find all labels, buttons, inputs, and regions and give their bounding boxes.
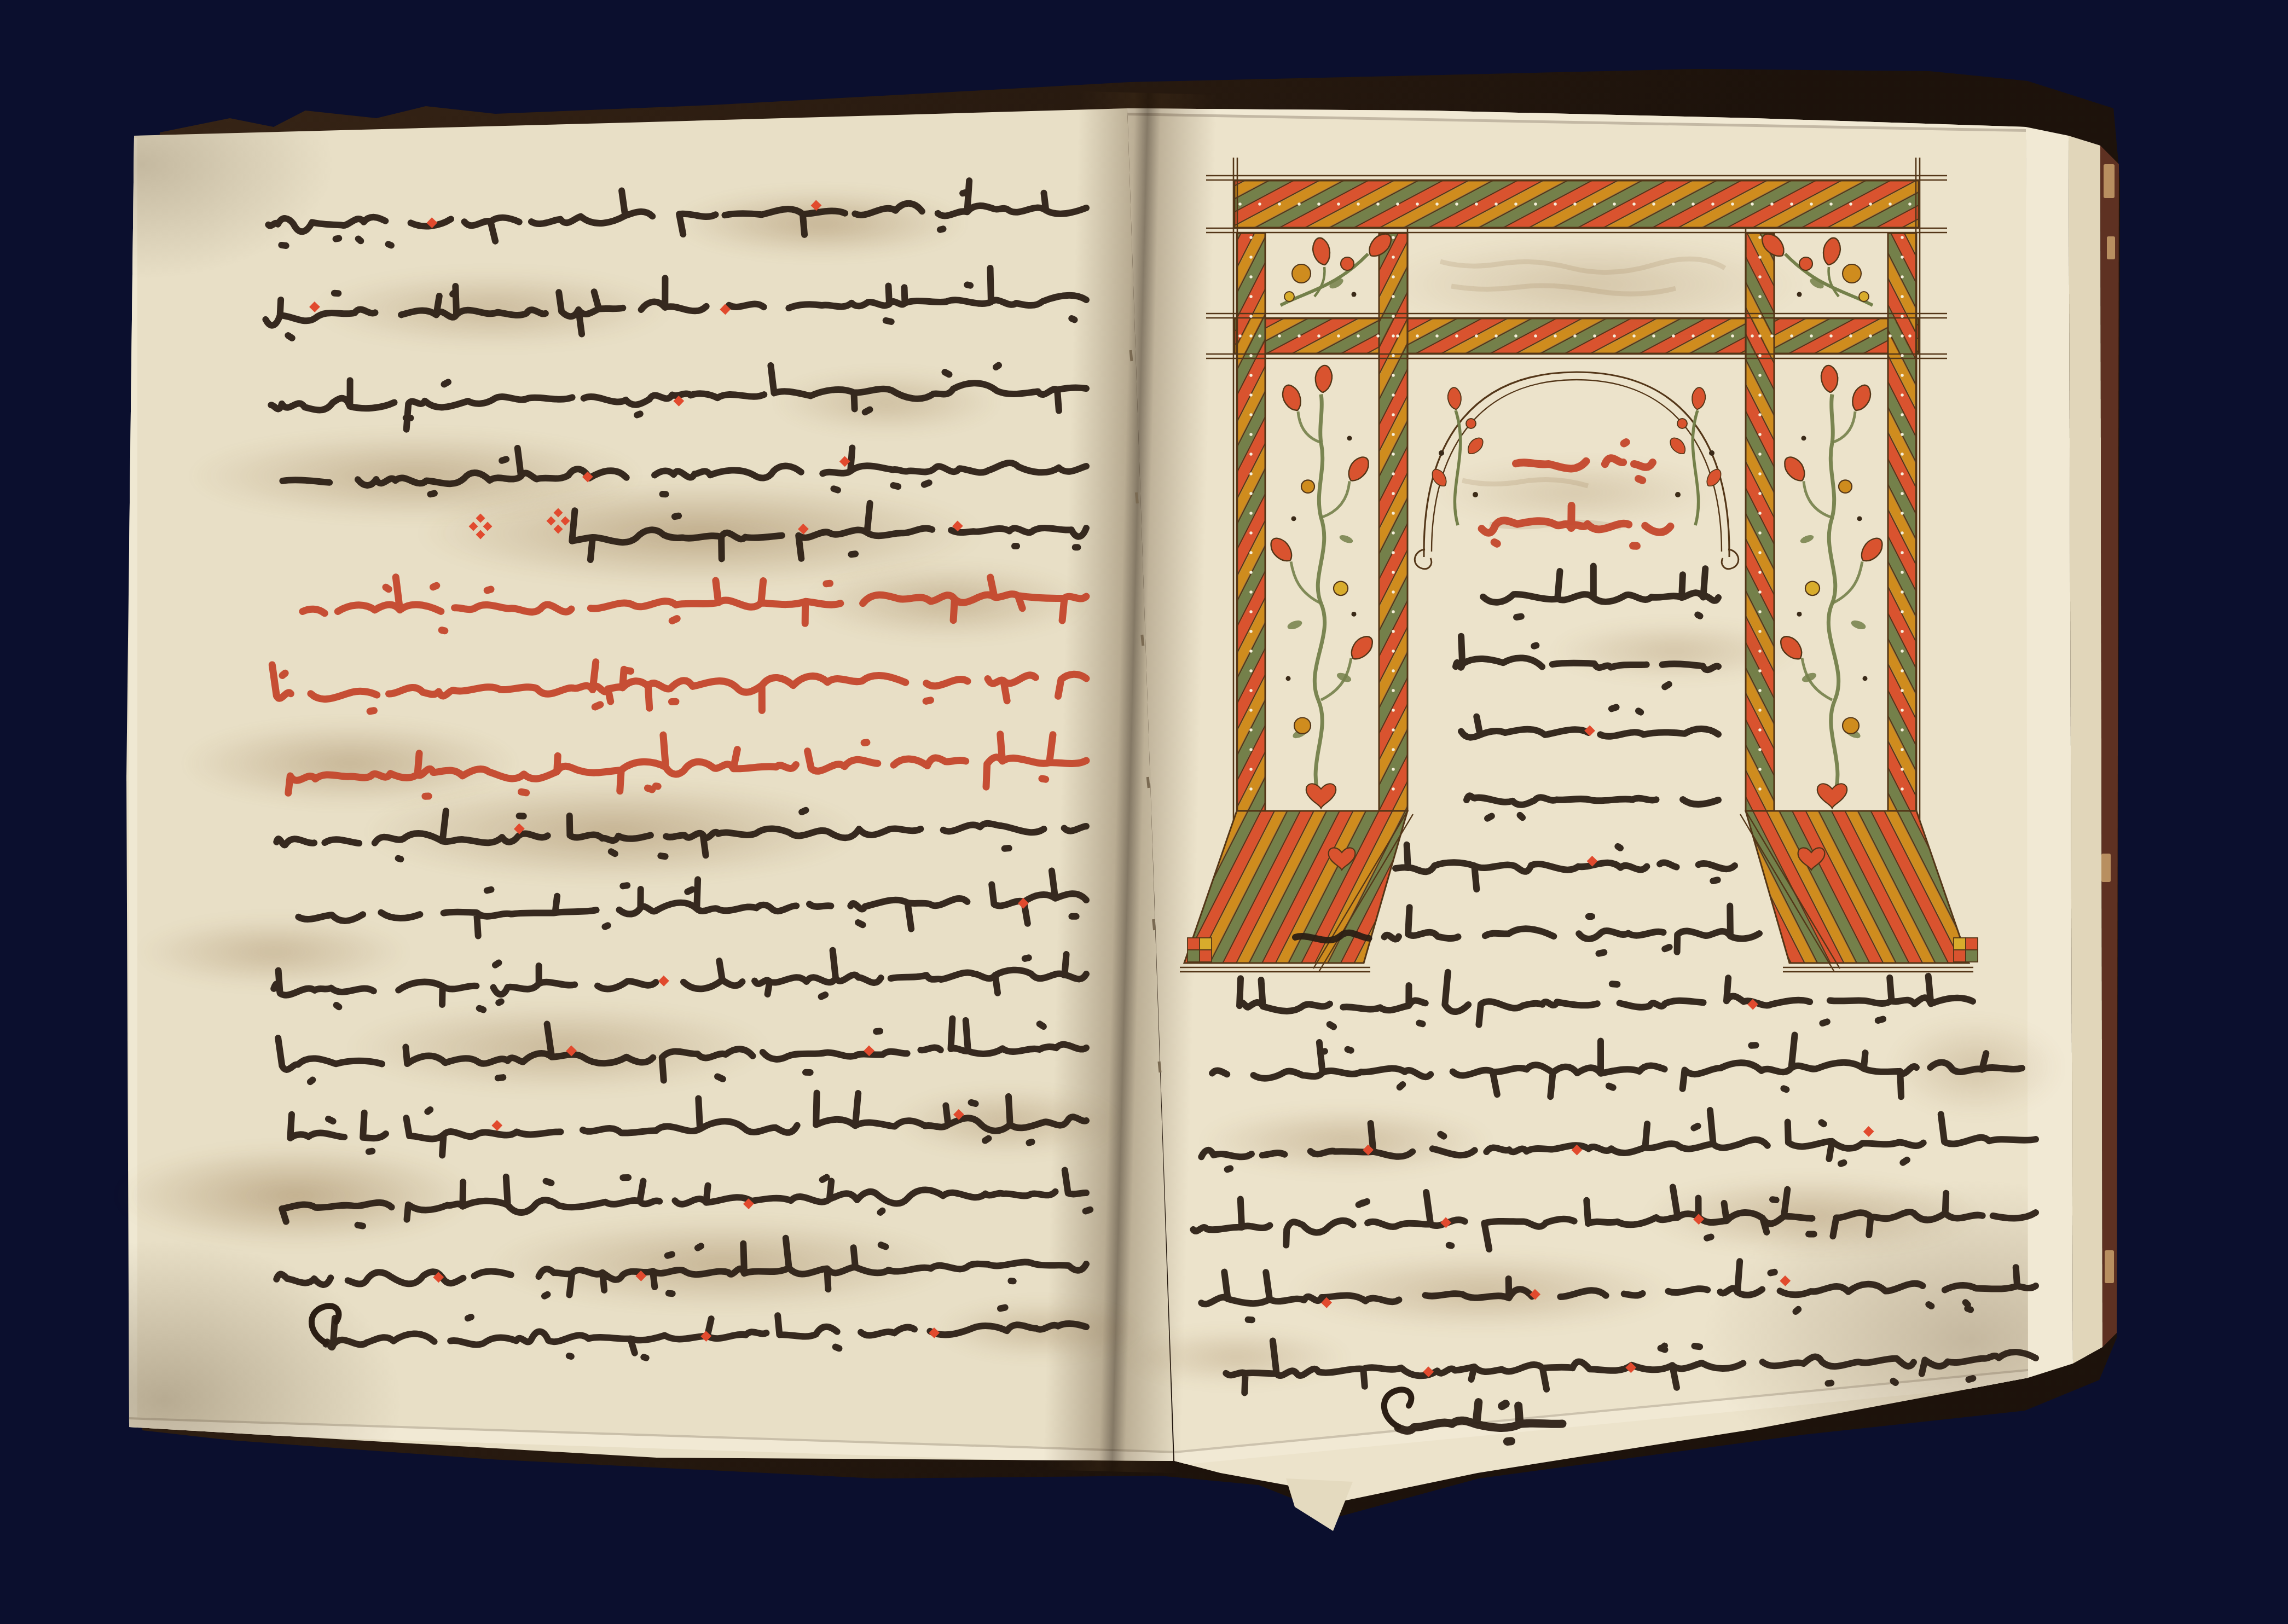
gate-floor-line (1239, 968, 1973, 1028)
arch-channel-line (1461, 706, 1718, 739)
arch-channel-line (1483, 565, 1719, 618)
ink-stain (804, 564, 1089, 640)
ink-stain (772, 370, 1001, 434)
ink-stain (1379, 234, 1806, 335)
left-page-line (298, 870, 1087, 942)
stitch-mark (1142, 635, 1143, 646)
stitch-mark (1131, 350, 1132, 361)
stitch-mark (1159, 1062, 1160, 1072)
ink-stain (1549, 622, 1800, 681)
binding-stitches (1131, 350, 1160, 1072)
rubric-dot (491, 1120, 502, 1131)
ink-stain (1286, 1252, 1680, 1331)
rubric-dot (658, 976, 669, 987)
left-page-line (268, 178, 1087, 248)
arch-channel-line (1467, 796, 1718, 820)
stitch-mark (1136, 492, 1137, 503)
ink-layer (0, 0, 2288, 1624)
ink-stain (673, 189, 969, 257)
ink-stain (137, 917, 410, 987)
gate-floor-line (1395, 843, 1735, 890)
stitch-mark (1148, 777, 1149, 788)
catchword (1384, 1387, 1563, 1444)
gate-floor-line (1295, 905, 1760, 956)
rubric-dot (1863, 1126, 1874, 1137)
rubric-dot (1780, 1275, 1791, 1286)
stitch-mark (1154, 919, 1155, 930)
ink-stain (1198, 1107, 1494, 1175)
ink-stain (487, 1218, 958, 1310)
ink-stain (115, 1145, 476, 1246)
manuscript-photo (0, 0, 2288, 1624)
left-page-line (272, 648, 1087, 721)
